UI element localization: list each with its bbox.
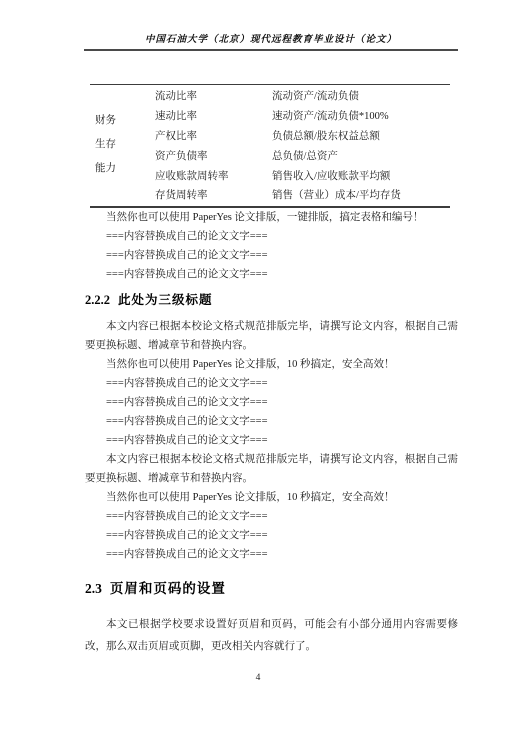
table-row: 资产负债率 总负债/总资产: [155, 145, 450, 165]
table-row: 流动比率 流动资产/流动负债: [155, 86, 450, 106]
heading-number: 2.2.2: [85, 293, 110, 307]
placeholder-line: ===内容替换成自己的论文文字===: [85, 265, 458, 284]
page-header: 中国石油大学（北京）现代远程教育毕业设计（论文）: [0, 0, 516, 51]
table-row: 应收账款周转率 销售收入/应收账款平均额: [155, 165, 450, 185]
paragraph: 当然你也可以使用 PaperYes 论文排版，一键排版，搞定表格和编号！: [85, 208, 458, 227]
ratio-name-cell: 流动比率: [155, 88, 272, 103]
ratio-name-cell: 存货周转率: [155, 187, 272, 202]
page-number: 4: [256, 673, 261, 683]
ratio-name-cell: 应收账款周转率: [155, 168, 272, 183]
paragraph: 本文已根据学校要求设置好页眉和页码，可能会有小部分通用内容需要修改，那么双击页眉…: [85, 614, 458, 658]
paragraph: 当然你也可以使用 PaperYes 论文排版，10 秒搞定，安全高效！: [85, 355, 458, 374]
document-body: 财务 生存 能力 流动比率 流动资产/流动负债 速动比率 速动资产/流动负债*1…: [0, 84, 516, 658]
placeholder-line: ===内容替换成自己的论文文字===: [85, 412, 458, 431]
ratio-formula-cell: 流动资产/流动负债: [272, 88, 450, 103]
placeholder-line: ===内容替换成自己的论文文字===: [85, 227, 458, 246]
ratio-formula-cell: 负债总额/股东权益总额: [272, 128, 450, 143]
row-group-label-line: 能力: [95, 159, 155, 179]
placeholder-line: ===内容替换成自己的论文文字===: [85, 246, 458, 265]
paragraph: 本文内容已根据本校论文格式规范排版完毕，请撰写论文内容，根据自己需要更换标题、增…: [85, 450, 458, 488]
heading-text: 页眉和页码的设置: [110, 581, 226, 596]
placeholder-line: ===内容替换成自己的论文文字===: [85, 545, 458, 564]
financial-ratios-table: 财务 生存 能力 流动比率 流动资产/流动负债 速动比率 速动资产/流动负债*1…: [90, 84, 450, 208]
paragraph: 本文内容已根据本校论文格式规范排版完毕，请撰写论文内容，根据自己需要更换标题、增…: [85, 317, 458, 355]
row-group-label-line: 生存: [95, 135, 155, 155]
heading-number: 2.3: [85, 581, 102, 596]
placeholder-line: ===内容替换成自己的论文文字===: [85, 526, 458, 545]
paragraph: 当然你也可以使用 PaperYes 论文排版，10 秒搞定，安全高效！: [85, 488, 458, 507]
row-group-label-line: 财务: [95, 111, 155, 131]
ratio-name-cell: 资产负债率: [155, 148, 272, 163]
section-heading-2-3: 2.3页眉和页码的设置: [85, 578, 458, 600]
ratio-formula-cell: 总负债/总资产: [272, 148, 450, 163]
table-row-group-header: 财务 生存 能力: [90, 86, 155, 205]
ratio-name-cell: 速动比率: [155, 108, 272, 123]
placeholder-line: ===内容替换成自己的论文文字===: [85, 393, 458, 412]
ratio-formula-cell: 销售（营业）成本/平均存货: [272, 187, 450, 202]
table-rows: 流动比率 流动资产/流动负债 速动比率 速动资产/流动负债*100% 产权比率 …: [155, 86, 450, 205]
page-footer: 4: [0, 673, 516, 683]
placeholder-line: ===内容替换成自己的论文文字===: [85, 507, 458, 526]
placeholder-line: ===内容替换成自己的论文文字===: [85, 374, 458, 393]
placeholder-line: ===内容替换成自己的论文文字===: [85, 431, 458, 450]
heading-text: 此处为三级标题: [118, 293, 213, 307]
section-heading-2-2-2: 2.2.2此处为三级标题: [85, 290, 458, 310]
page-header-rule: [84, 49, 458, 51]
ratio-formula-cell: 销售收入/应收账款平均额: [272, 168, 450, 183]
page-header-title: 中国石油大学（北京）现代远程教育毕业设计（论文）: [84, 31, 458, 49]
table-row: 产权比率 负债总额/股东权益总额: [155, 126, 450, 146]
document-page: 中国石油大学（北京）现代远程教育毕业设计（论文） 财务 生存 能力 流动比率 流…: [0, 0, 516, 729]
ratio-formula-cell: 速动资产/流动负债*100%: [272, 108, 450, 123]
table-row: 存货周转率 销售（营业）成本/平均存货: [155, 185, 450, 205]
table-row: 速动比率 速动资产/流动负债*100%: [155, 106, 450, 126]
ratio-name-cell: 产权比率: [155, 128, 272, 143]
